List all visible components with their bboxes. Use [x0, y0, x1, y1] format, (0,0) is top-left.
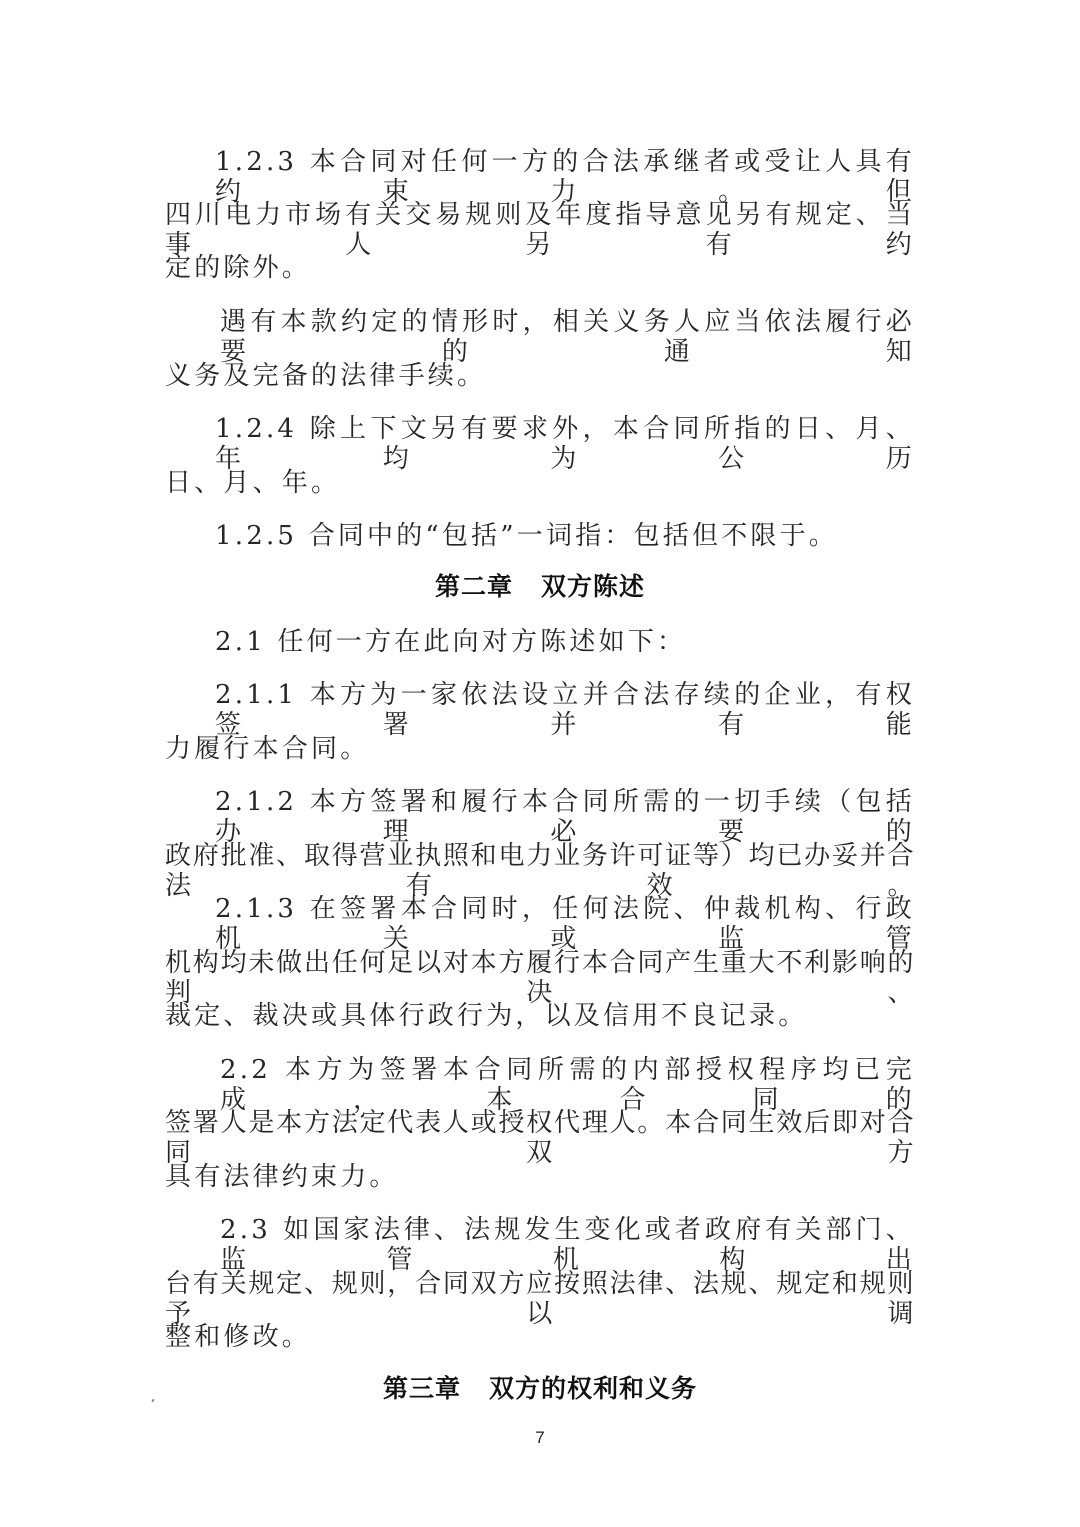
clause-2-1-2-line-1: 2.1.2 本方签署和履行本合同所需的一切手续（包括办理必要的 — [215, 787, 915, 847]
page-number: 7 — [0, 1428, 1080, 1448]
clause-1-2-4-line-2: 日、月、年。 — [165, 468, 915, 498]
chapter-3-title: 双方的权利和义务 — [489, 1374, 697, 1403]
clause-2-1-1-line-1: 2.1.1 本方为一家依法设立并合法存续的企业，有权签署并有能 — [215, 680, 915, 740]
clause-1-2-5: 1.2.5 合同中的“包括”一词指：包括但不限于。 — [215, 521, 915, 551]
clause-2-1-2-line-2: 政府批准、取得营业执照和电力业务许可证等）均已办妥并合法有效。 — [165, 841, 915, 901]
clause-2-2-line-1: 2.2 本方为签署本合同所需的内部授权程序均已完成，本合同的 — [220, 1055, 915, 1115]
clause-2-1-3-line-1: 2.1.3 在签署本合同时，任何法院、仲裁机构、行政机关或监管 — [215, 894, 915, 954]
chapter-3-heading: 第三章双方的权利和义务 — [0, 1374, 1080, 1404]
chapter-2-heading: 第二章双方陈述 — [0, 572, 1080, 602]
clause-2-2-line-3: 具有法律约束力。 — [165, 1162, 915, 1192]
clause-2-3-line-1: 2.3 如国家法律、法规发生变化或者政府有关部门、监管机构出 — [220, 1215, 915, 1275]
chapter-2-title: 双方陈述 — [541, 572, 645, 601]
clause-2-1-1-line-2: 力履行本合同。 — [165, 734, 915, 764]
chapter-2-number: 第二章 — [435, 572, 513, 601]
clause-1-2-3-line-1: 1.2.3 本合同对任何一方的合法承继者或受让人具有约束力。但 — [215, 147, 915, 207]
clause-1-2-3-line-2: 四川电力市场有关交易规则及年度指导意见另有规定、当事人另有约 — [165, 200, 915, 260]
document-page: 1.2.3 本合同对任何一方的合法承继者或受让人具有约束力。但 四川电力市场有关… — [0, 0, 1080, 1527]
chapter-3-number: 第三章 — [383, 1374, 461, 1403]
clause-2-1: 2.1 任何一方在此向对方陈述如下： — [215, 627, 915, 657]
clause-2-3-line-3: 整和修改。 — [165, 1322, 915, 1352]
clause-2-3-line-2: 台有关规定、规则，合同双方应按照法律、法规、规定和规则予以调 — [165, 1269, 915, 1329]
notice-paragraph-line-2: 义务及完备的法律手续。 — [165, 361, 915, 391]
clause-2-1-3-line-3: 裁定、裁决或具体行政行为，以及信用不良记录。 — [165, 1001, 915, 1031]
clause-1-2-4-line-1: 1.2.4 除上下文另有要求外，本合同所指的日、月、年均为公历 — [215, 414, 915, 474]
clause-2-1-3-line-2: 机构均未做出任何足以对本方履行本合同产生重大不利影响的判决、 — [165, 948, 915, 1008]
clause-2-2-line-2: 签署人是本方法定代表人或授权代理人。本合同生效后即对合同双方 — [165, 1108, 915, 1168]
clause-1-2-3-line-3: 定的除外。 — [165, 253, 915, 283]
notice-paragraph-line-1: 遇有本款约定的情形时，相关义务人应当依法履行必要的通知 — [220, 307, 915, 367]
